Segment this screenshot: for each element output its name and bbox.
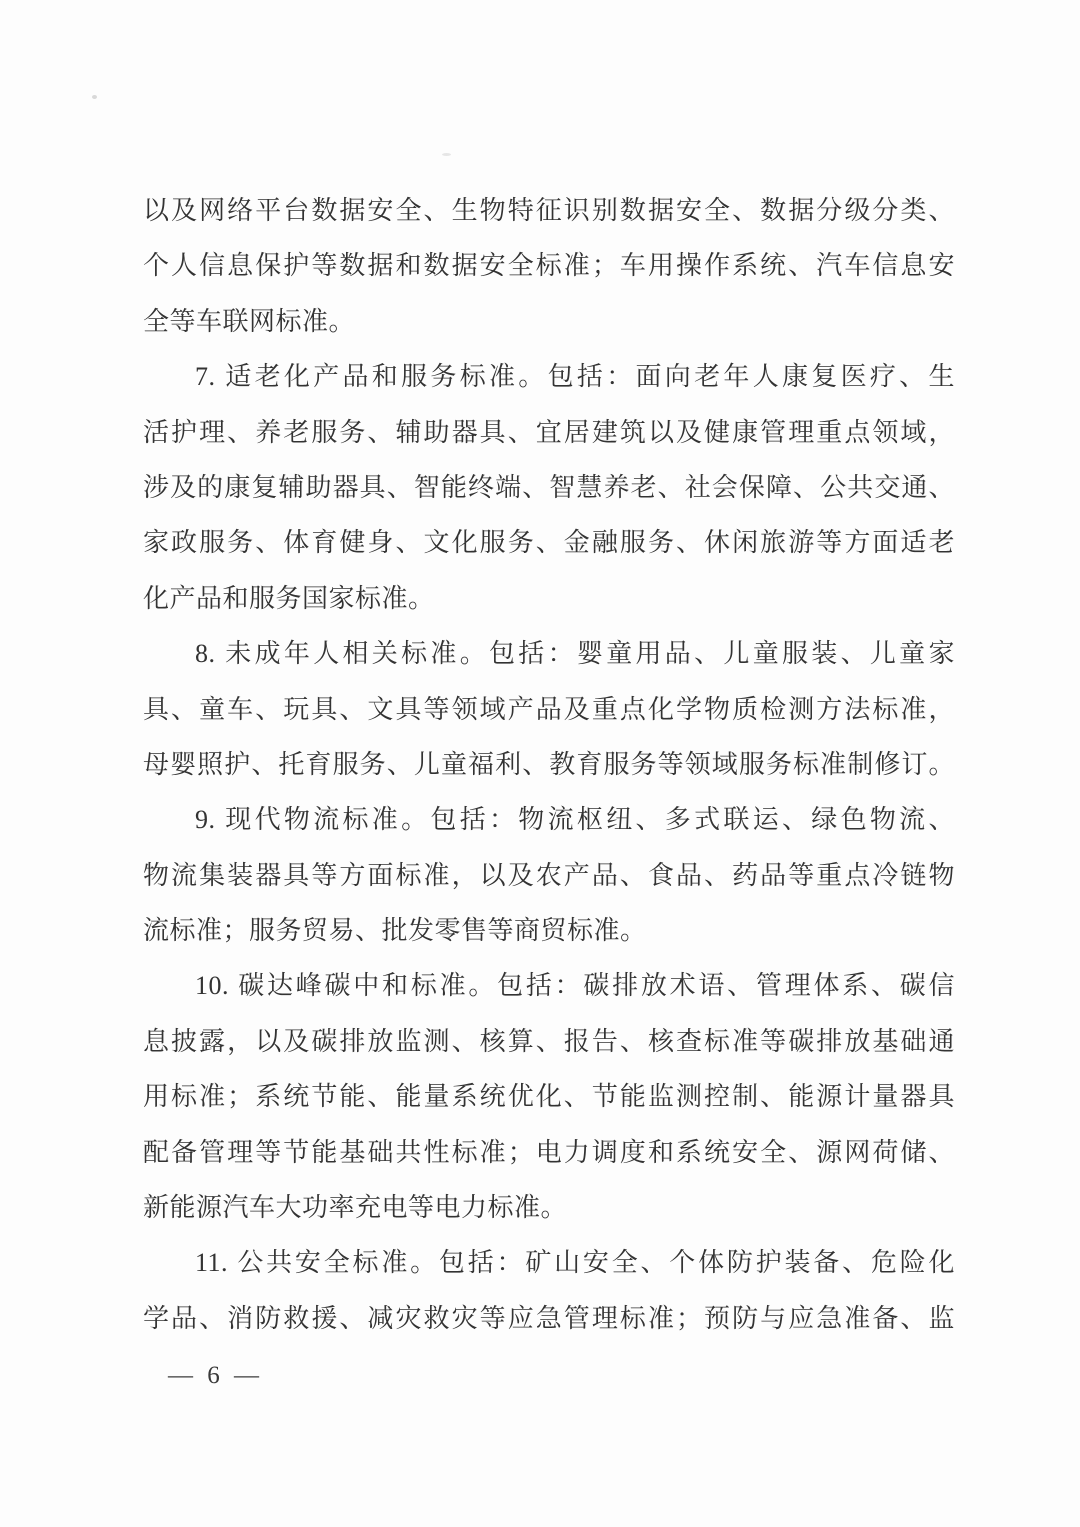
text-line: 11. 公共安全标准。包括：矿山安全、个体防护装备、危险化 (143, 1235, 955, 1290)
document-body: 以及网络平台数据安全、生物特征识别数据安全、数据分级分类、个人信息保护等数据和数… (143, 183, 955, 1346)
text-line: 母婴照护、托育服务、儿童福利、教育服务等领域服务标准制修订。 (143, 737, 955, 792)
text-line: 配备管理等节能基础共性标准；电力调度和系统安全、源网荷储、 (143, 1125, 955, 1180)
scan-speck (92, 95, 97, 99)
text-line: 涉及的康复辅助器具、智能终端、智慧养老、社会保障、公共交通、 (143, 460, 955, 515)
page-number: — 6 — (168, 1362, 263, 1390)
text-line: 9. 现代物流标准。包括：物流枢纽、多式联运、绿色物流、 (143, 792, 955, 847)
text-line: 物流集装器具等方面标准，以及农产品、食品、药品等重点冷链物 (143, 848, 955, 903)
document-page: 以及网络平台数据安全、生物特征识别数据安全、数据分级分类、个人信息保护等数据和数… (0, 0, 1080, 1527)
text-line: 流标准；服务贸易、批发零售等商贸标准。 (143, 903, 955, 958)
text-line: 10. 碳达峰碳中和标准。包括：碳排放术语、管理体系、碳信 (143, 958, 955, 1013)
text-line: 新能源汽车大功率充电等电力标准。 (143, 1180, 955, 1235)
text-line: 学品、消防救援、减灾救灾等应急管理标准；预防与应急准备、监 (143, 1291, 955, 1346)
text-line: 以及网络平台数据安全、生物特征识别数据安全、数据分级分类、 (143, 183, 955, 238)
text-line: 家政服务、体育健身、文化服务、金融服务、休闲旅游等方面适老 (143, 515, 955, 570)
text-line: 具、童车、玩具、文具等领域产品及重点化学物质检测方法标准， (143, 682, 955, 737)
scan-speck (442, 153, 451, 156)
text-line: 息披露，以及碳排放监测、核算、报告、核查标准等碳排放基础通 (143, 1014, 955, 1069)
text-line: 化产品和服务国家标准。 (143, 571, 955, 626)
text-line: 全等车联网标准。 (143, 294, 955, 349)
text-line: 个人信息保护等数据和数据安全标准；车用操作系统、汽车信息安 (143, 238, 955, 293)
text-line: 用标准；系统节能、能量系统优化、节能监测控制、能源计量器具 (143, 1069, 955, 1124)
text-line: 8. 未成年人相关标准。包括：婴童用品、儿童服装、儿童家 (143, 626, 955, 681)
text-line: 活护理、养老服务、辅助器具、宜居建筑以及健康管理重点领域， (143, 405, 955, 460)
text-line: 7. 适老化产品和服务标准。包括：面向老年人康复医疗、生 (143, 349, 955, 404)
